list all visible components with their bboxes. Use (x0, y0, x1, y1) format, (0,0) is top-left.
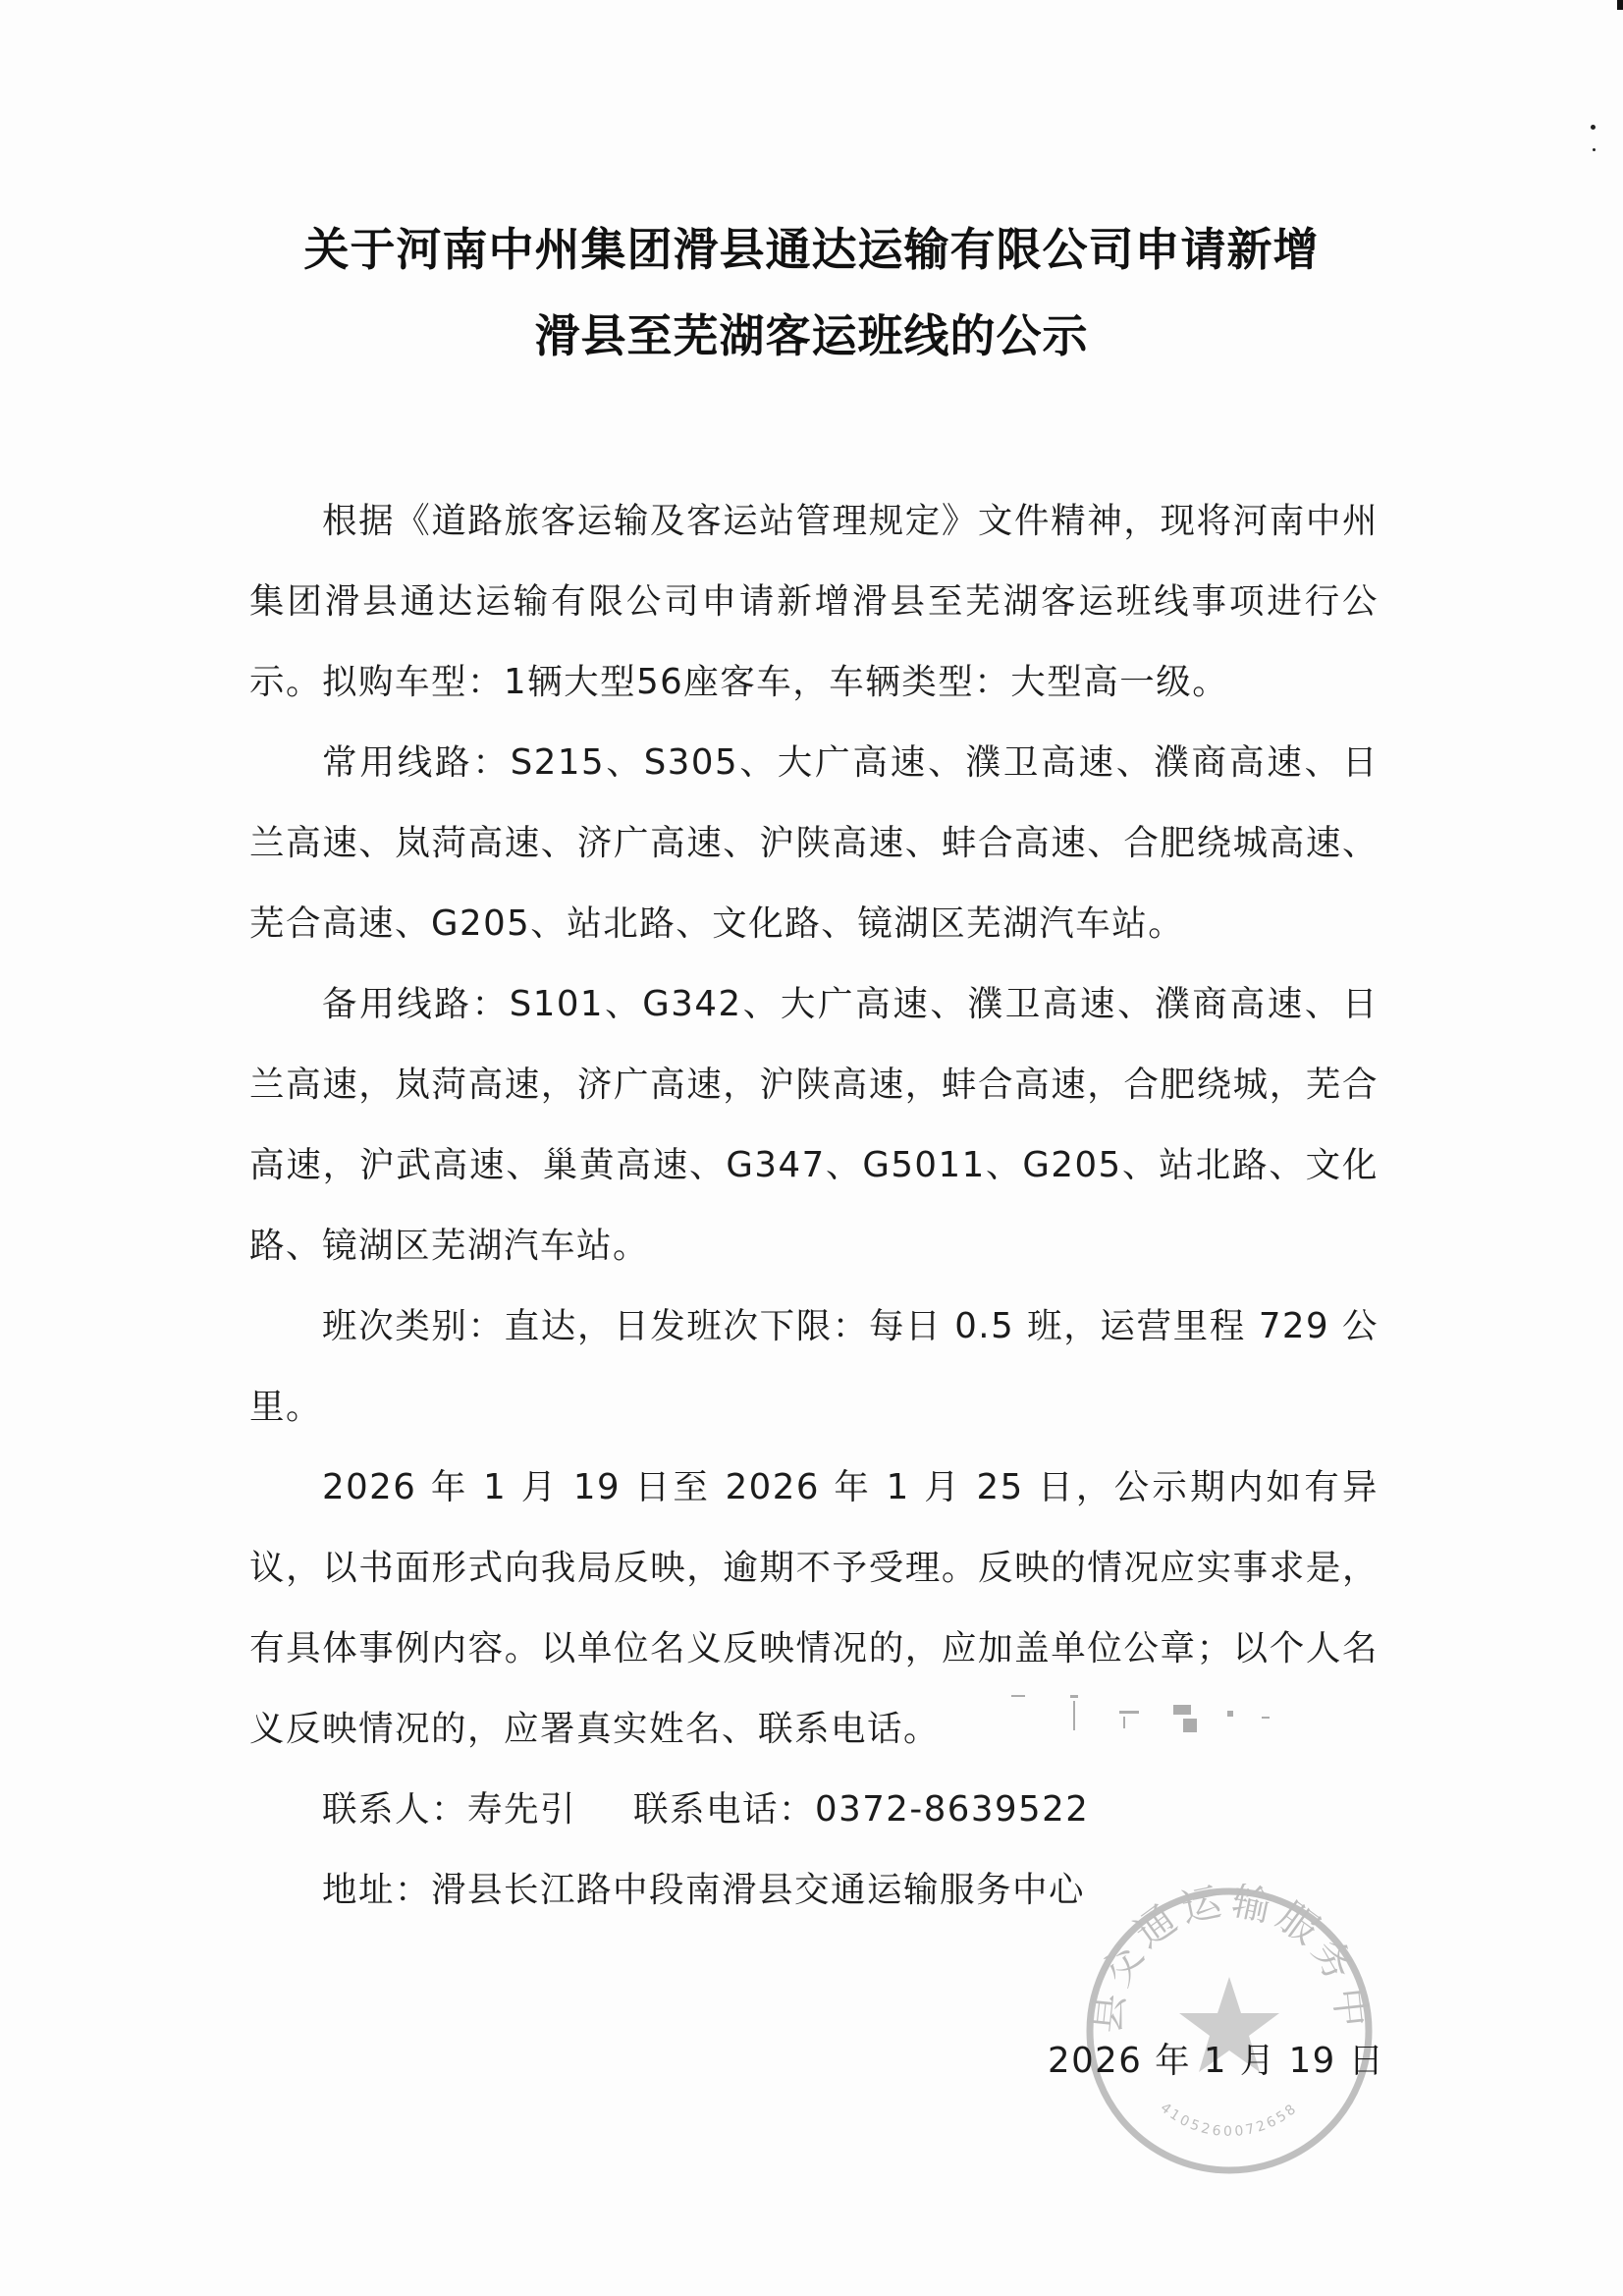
contact-line: 联系人：寿先引联系电话：0372-8639522 (249, 1770, 1379, 1850)
scan-speck (1591, 125, 1596, 130)
document-title: 关于河南中州集团滑县通达运输有限公司申请新增 滑县至芜湖客运班线的公示 (0, 206, 1623, 379)
address-label: 地址： (322, 1870, 431, 1910)
paragraph-backup-route: 备用线路：S101、G342、大广高速、濮卫高速、濮商高速、日兰高速，岚菏高速，… (249, 964, 1379, 1286)
scan-smudge (1001, 1689, 1286, 1748)
svg-text:4105260072658: 4105260072658 (1158, 2100, 1302, 2140)
paragraph-intro: 根据《道路旅客运输及客运站管理规定》文件精神，现将河南中州集团滑县通达运输有限公… (249, 481, 1379, 723)
contact-person: 寿先引 (467, 1789, 576, 1830)
title-line-1: 关于河南中州集团滑县通达运输有限公司申请新增 (0, 206, 1623, 293)
official-seal: 滑县交通运输服务中心 4105260072658 (1082, 1884, 1377, 2178)
contact-phone: 0372-8639522 (815, 1789, 1089, 1830)
paragraph-regular-route: 常用线路：S215、S305、大广高速、濮卫高速、濮商高速、日兰高速、岚菏高速、… (249, 723, 1379, 964)
scan-edge-mark (1617, 0, 1623, 10)
scan-speck (1593, 148, 1596, 151)
sign-date: 2026 年 1 月 19 日 (1048, 2033, 1385, 2083)
title-line-2: 滑县至芜湖客运班线的公示 (0, 293, 1623, 379)
paragraph-schedule: 班次类别：直达，日发班次下限：每日 0.5 班，运营里程 729 公里。 (249, 1286, 1379, 1448)
contact-person-label: 联系人： (322, 1789, 467, 1830)
address-value: 滑县长江路中段南滑县交通运输服务中心 (431, 1870, 1085, 1910)
contact-phone-label: 联系电话： (633, 1789, 815, 1830)
